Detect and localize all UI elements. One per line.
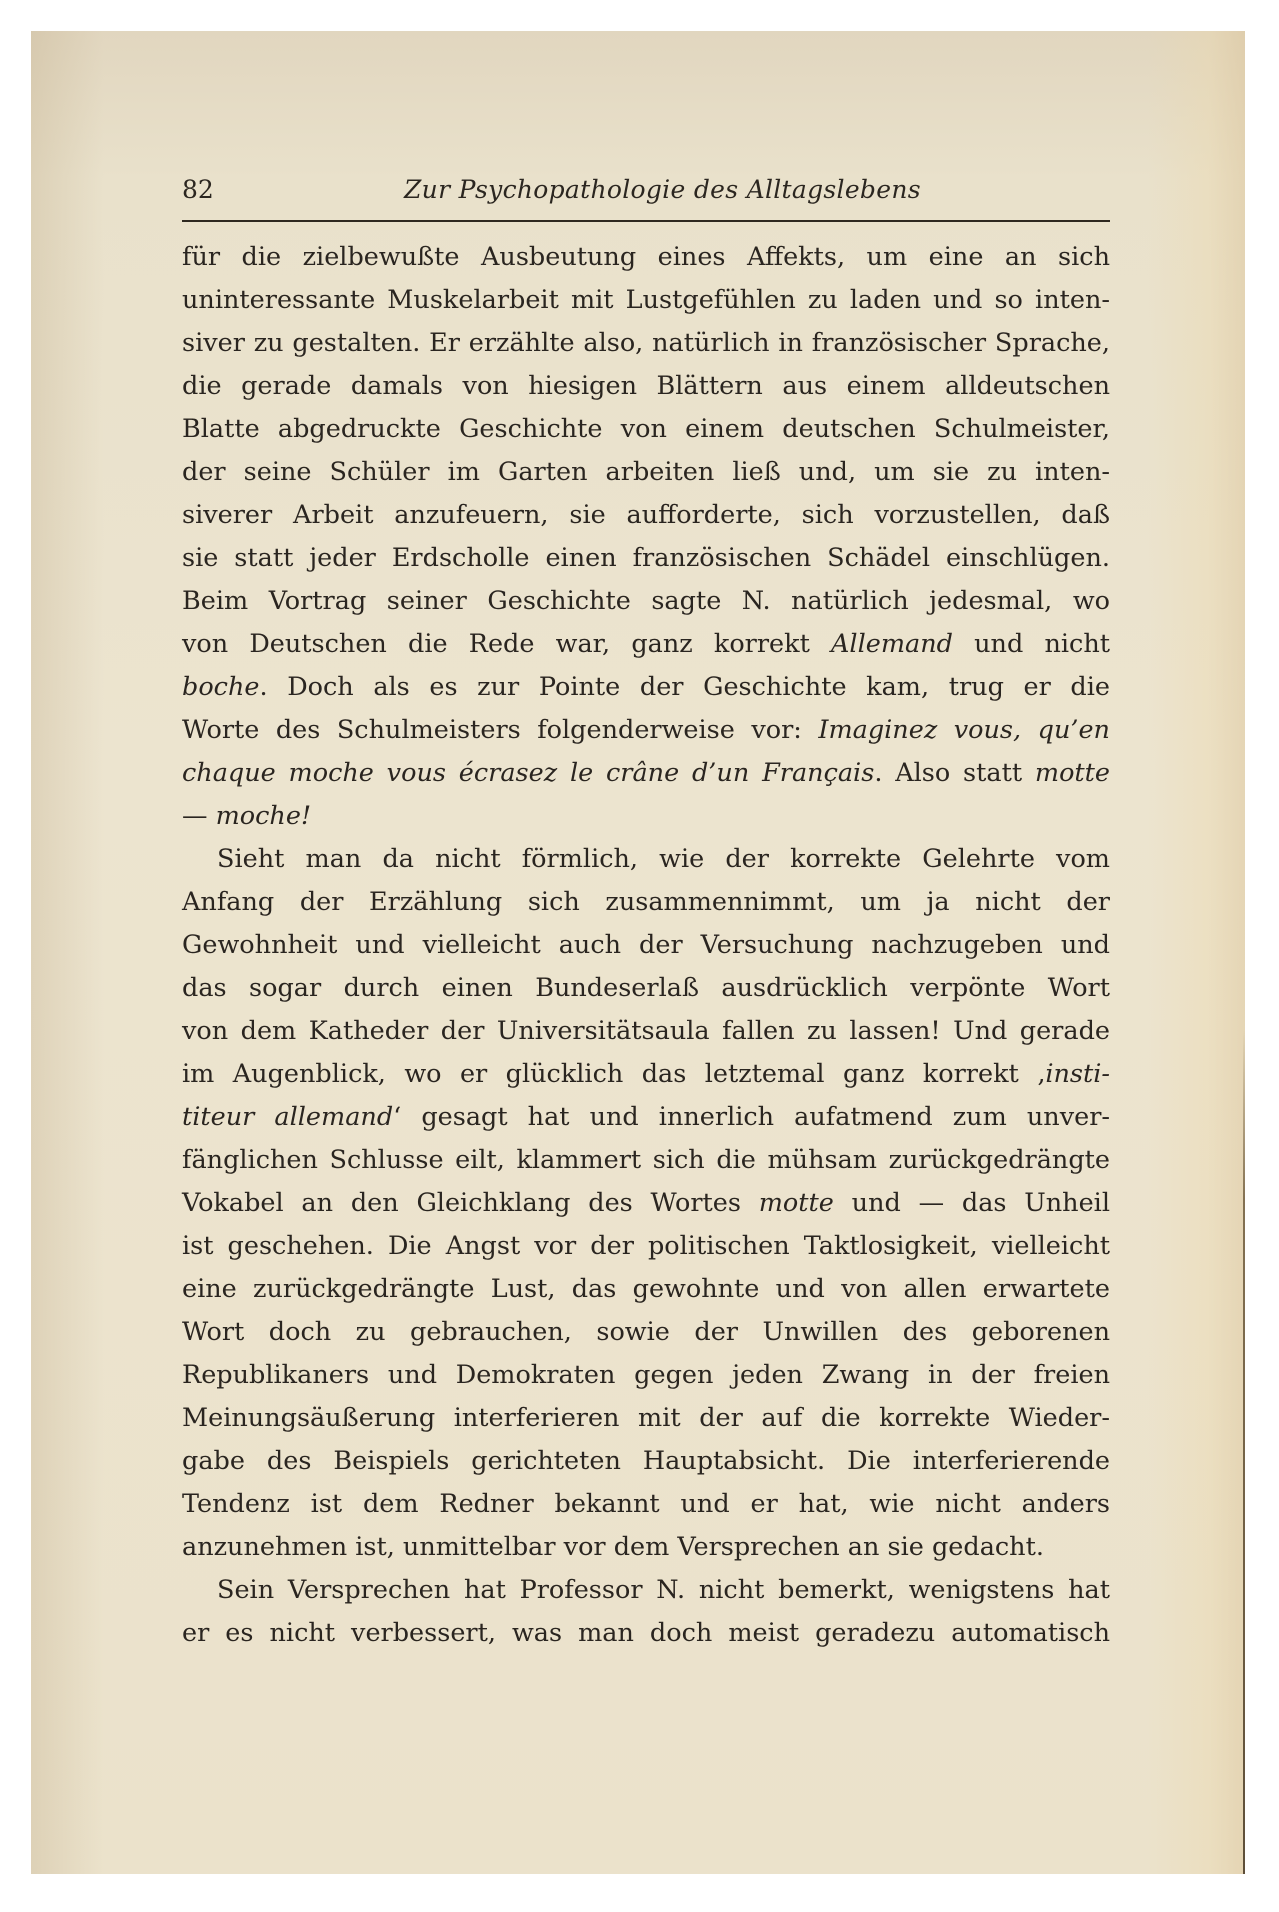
text-line: er es nicht verbessert, was man doch mei… <box>182 1612 1110 1655</box>
italic-text-segment: chaque moche vous écrasez le crâne d’un … <box>182 758 874 788</box>
text-segment: im Augenblick, wo er glücklich das letzt… <box>182 1059 1045 1089</box>
header-rule <box>182 220 1110 222</box>
body-text: für die zielbewußte Ausbeutung eines Aff… <box>182 236 1110 1655</box>
text-line: eine zurückgedrängte Lust, das gewohnte … <box>182 1268 1110 1311</box>
text-line: das sogar durch einen Bundeserlaß ausdrü… <box>182 967 1110 1010</box>
text-line: uninteressante Muskelarbeit mit Lustgefü… <box>182 279 1110 322</box>
page-edge-shadow <box>1243 1031 1245 1874</box>
text-segment: fänglichen Schlusse eilt, klammert sich … <box>182 1145 1110 1175</box>
text-segment: Gewohnheit und vielleicht auch der Versu… <box>182 930 1110 960</box>
text-segment: Sein Versprechen hat Professor N. nicht … <box>217 1575 1110 1605</box>
text-segment: eine zurückgedrängte Lust, das gewohnte … <box>182 1274 1110 1304</box>
text-segment: Worte des Schulmeisters folgenderweise v… <box>182 715 818 745</box>
text-line: für die zielbewußte Ausbeutung eines Aff… <box>182 236 1110 279</box>
text-line: im Augenblick, wo er glücklich das letzt… <box>182 1053 1110 1096</box>
text-segment: Anfang der Erzählung sich zusammennimmt,… <box>182 887 1110 917</box>
text-line: — moche! <box>182 795 1110 838</box>
text-line: Republikaners und Demokraten gegen jeden… <box>182 1354 1110 1397</box>
italic-text-segment: boche <box>182 672 259 702</box>
running-title: Zur Psychopathologie des Alltagslebens <box>404 172 921 208</box>
italic-text-segment: motte <box>759 1188 834 1218</box>
text-segment: von Deutschen die Rede war, ganz korrekt <box>182 629 831 659</box>
text-line: chaque moche vous écrasez le crâne d’un … <box>182 752 1110 795</box>
text-line: titeur allemand‘ gesagt hat und innerlic… <box>182 1096 1110 1139</box>
text-segment: — <box>182 801 216 831</box>
text-segment: siver zu gestalten. Er erzählte also, na… <box>182 328 1110 358</box>
text-segment: siverer Arbeit anzufeuern, sie aufforder… <box>182 500 1110 530</box>
text-segment: Republikaners und Demokraten gegen jeden… <box>182 1360 1110 1390</box>
text-line: der seine Schüler im Garten arbeiten lie… <box>182 451 1110 494</box>
page-number: 82 <box>182 172 214 208</box>
text-line: Worte des Schulmeisters folgenderweise v… <box>182 709 1110 752</box>
text-segment: Meinungsäußerung interferieren mit der a… <box>182 1403 1110 1433</box>
text-segment: und nicht <box>953 629 1110 659</box>
text-line: die gerade damals von hiesigen Blättern … <box>182 365 1110 408</box>
text-line: Sieht man da nicht förmlich, wie der kor… <box>182 838 1110 881</box>
text-line: Sein Versprechen hat Professor N. nicht … <box>182 1569 1110 1612</box>
text-segment: Tendenz ist dem Redner bekannt und er ha… <box>182 1489 1110 1519</box>
text-segment: Beim Vortrag seiner Geschichte sagte N. … <box>182 586 1110 616</box>
text-line: Blatte abgedruckte Geschichte von einem … <box>182 408 1110 451</box>
italic-text-segment: Allemand <box>831 629 953 659</box>
text-line: Tendenz ist dem Redner bekannt und er ha… <box>182 1483 1110 1526</box>
text-line: siverer Arbeit anzufeuern, sie aufforder… <box>182 494 1110 537</box>
text-line: fänglichen Schlusse eilt, klammert sich … <box>182 1139 1110 1182</box>
text-segment: gabe des Beispiels gerichteten Hauptabsi… <box>182 1446 1110 1476</box>
text-line: anzunehmen ist, unmittelbar vor dem Vers… <box>182 1526 1110 1569</box>
text-segment: das sogar durch einen Bundeserlaß ausdrü… <box>182 973 1110 1003</box>
text-segment: ist geschehen. Die Angst vor der politis… <box>182 1231 1110 1261</box>
text-line: von Deutschen die Rede war, ganz korrekt… <box>182 623 1110 666</box>
text-segment: die gerade damals von hiesigen Blättern … <box>182 371 1110 401</box>
text-segment: von dem Katheder der Universitätsaula fa… <box>182 1016 1110 1046</box>
text-segment: Blatte abgedruckte Geschichte von einem … <box>182 414 1110 444</box>
text-line: gabe des Beispiels gerichteten Hauptabsi… <box>182 1440 1110 1483</box>
text-segment: sie statt jeder Erdscholle einen französ… <box>182 543 1110 573</box>
text-line: von dem Katheder der Universitätsaula fa… <box>182 1010 1110 1053</box>
italic-text-segment: titeur allemand <box>182 1102 393 1132</box>
text-segment: der seine Schüler im Garten arbeiten lie… <box>182 457 1110 487</box>
text-line: boche. Doch als es zur Pointe der Geschi… <box>182 666 1110 709</box>
text-segment: er es nicht verbessert, was man doch mei… <box>182 1618 1110 1648</box>
text-line: sie statt jeder Erdscholle einen französ… <box>182 537 1110 580</box>
text-segment: ‘ gesagt hat und innerlich aufatmend zum… <box>393 1102 1110 1132</box>
text-line: siver zu gestalten. Er erzählte also, na… <box>182 322 1110 365</box>
text-segment: und — das Unheil <box>834 1188 1110 1218</box>
italic-text-segment: insti- <box>1045 1059 1110 1089</box>
text-line: Anfang der Erzählung sich zusammennimmt,… <box>182 881 1110 924</box>
text-segment: . Also statt <box>874 758 1035 788</box>
text-line: Gewohnheit und vielleicht auch der Versu… <box>182 924 1110 967</box>
italic-text-segment: moche! <box>216 801 312 831</box>
text-segment: Sieht man da nicht förmlich, wie der kor… <box>217 844 1110 874</box>
text-segment: . Doch als es zur Pointe der Geschichte … <box>259 672 1110 702</box>
text-line: Meinungsäußerung interferieren mit der a… <box>182 1397 1110 1440</box>
text-segment: anzunehmen ist, unmittelbar vor dem Vers… <box>182 1532 1044 1562</box>
text-line: Vokabel an den Gleichklang des Wortes mo… <box>182 1182 1110 1225</box>
text-segment: Vokabel an den Gleichklang des Wortes <box>182 1188 759 1218</box>
italic-text-segment: Imaginez vous, qu’en <box>818 715 1110 745</box>
text-line: Wort doch zu gebrauchen, sowie der Unwil… <box>182 1311 1110 1354</box>
text-segment: Wort doch zu gebrauchen, sowie der Unwil… <box>182 1317 1110 1347</box>
text-line: ist geschehen. Die Angst vor der politis… <box>182 1225 1110 1268</box>
italic-text-segment: motte <box>1035 758 1110 788</box>
text-line: Beim Vortrag seiner Geschichte sagte N. … <box>182 580 1110 623</box>
text-segment: uninteressante Muskelarbeit mit Lustgefü… <box>182 285 1110 315</box>
text-segment: für die zielbewußte Ausbeutung eines Aff… <box>182 242 1110 272</box>
running-head: 82 Zur Psychopathologie des Alltagsleben… <box>182 172 1110 212</box>
